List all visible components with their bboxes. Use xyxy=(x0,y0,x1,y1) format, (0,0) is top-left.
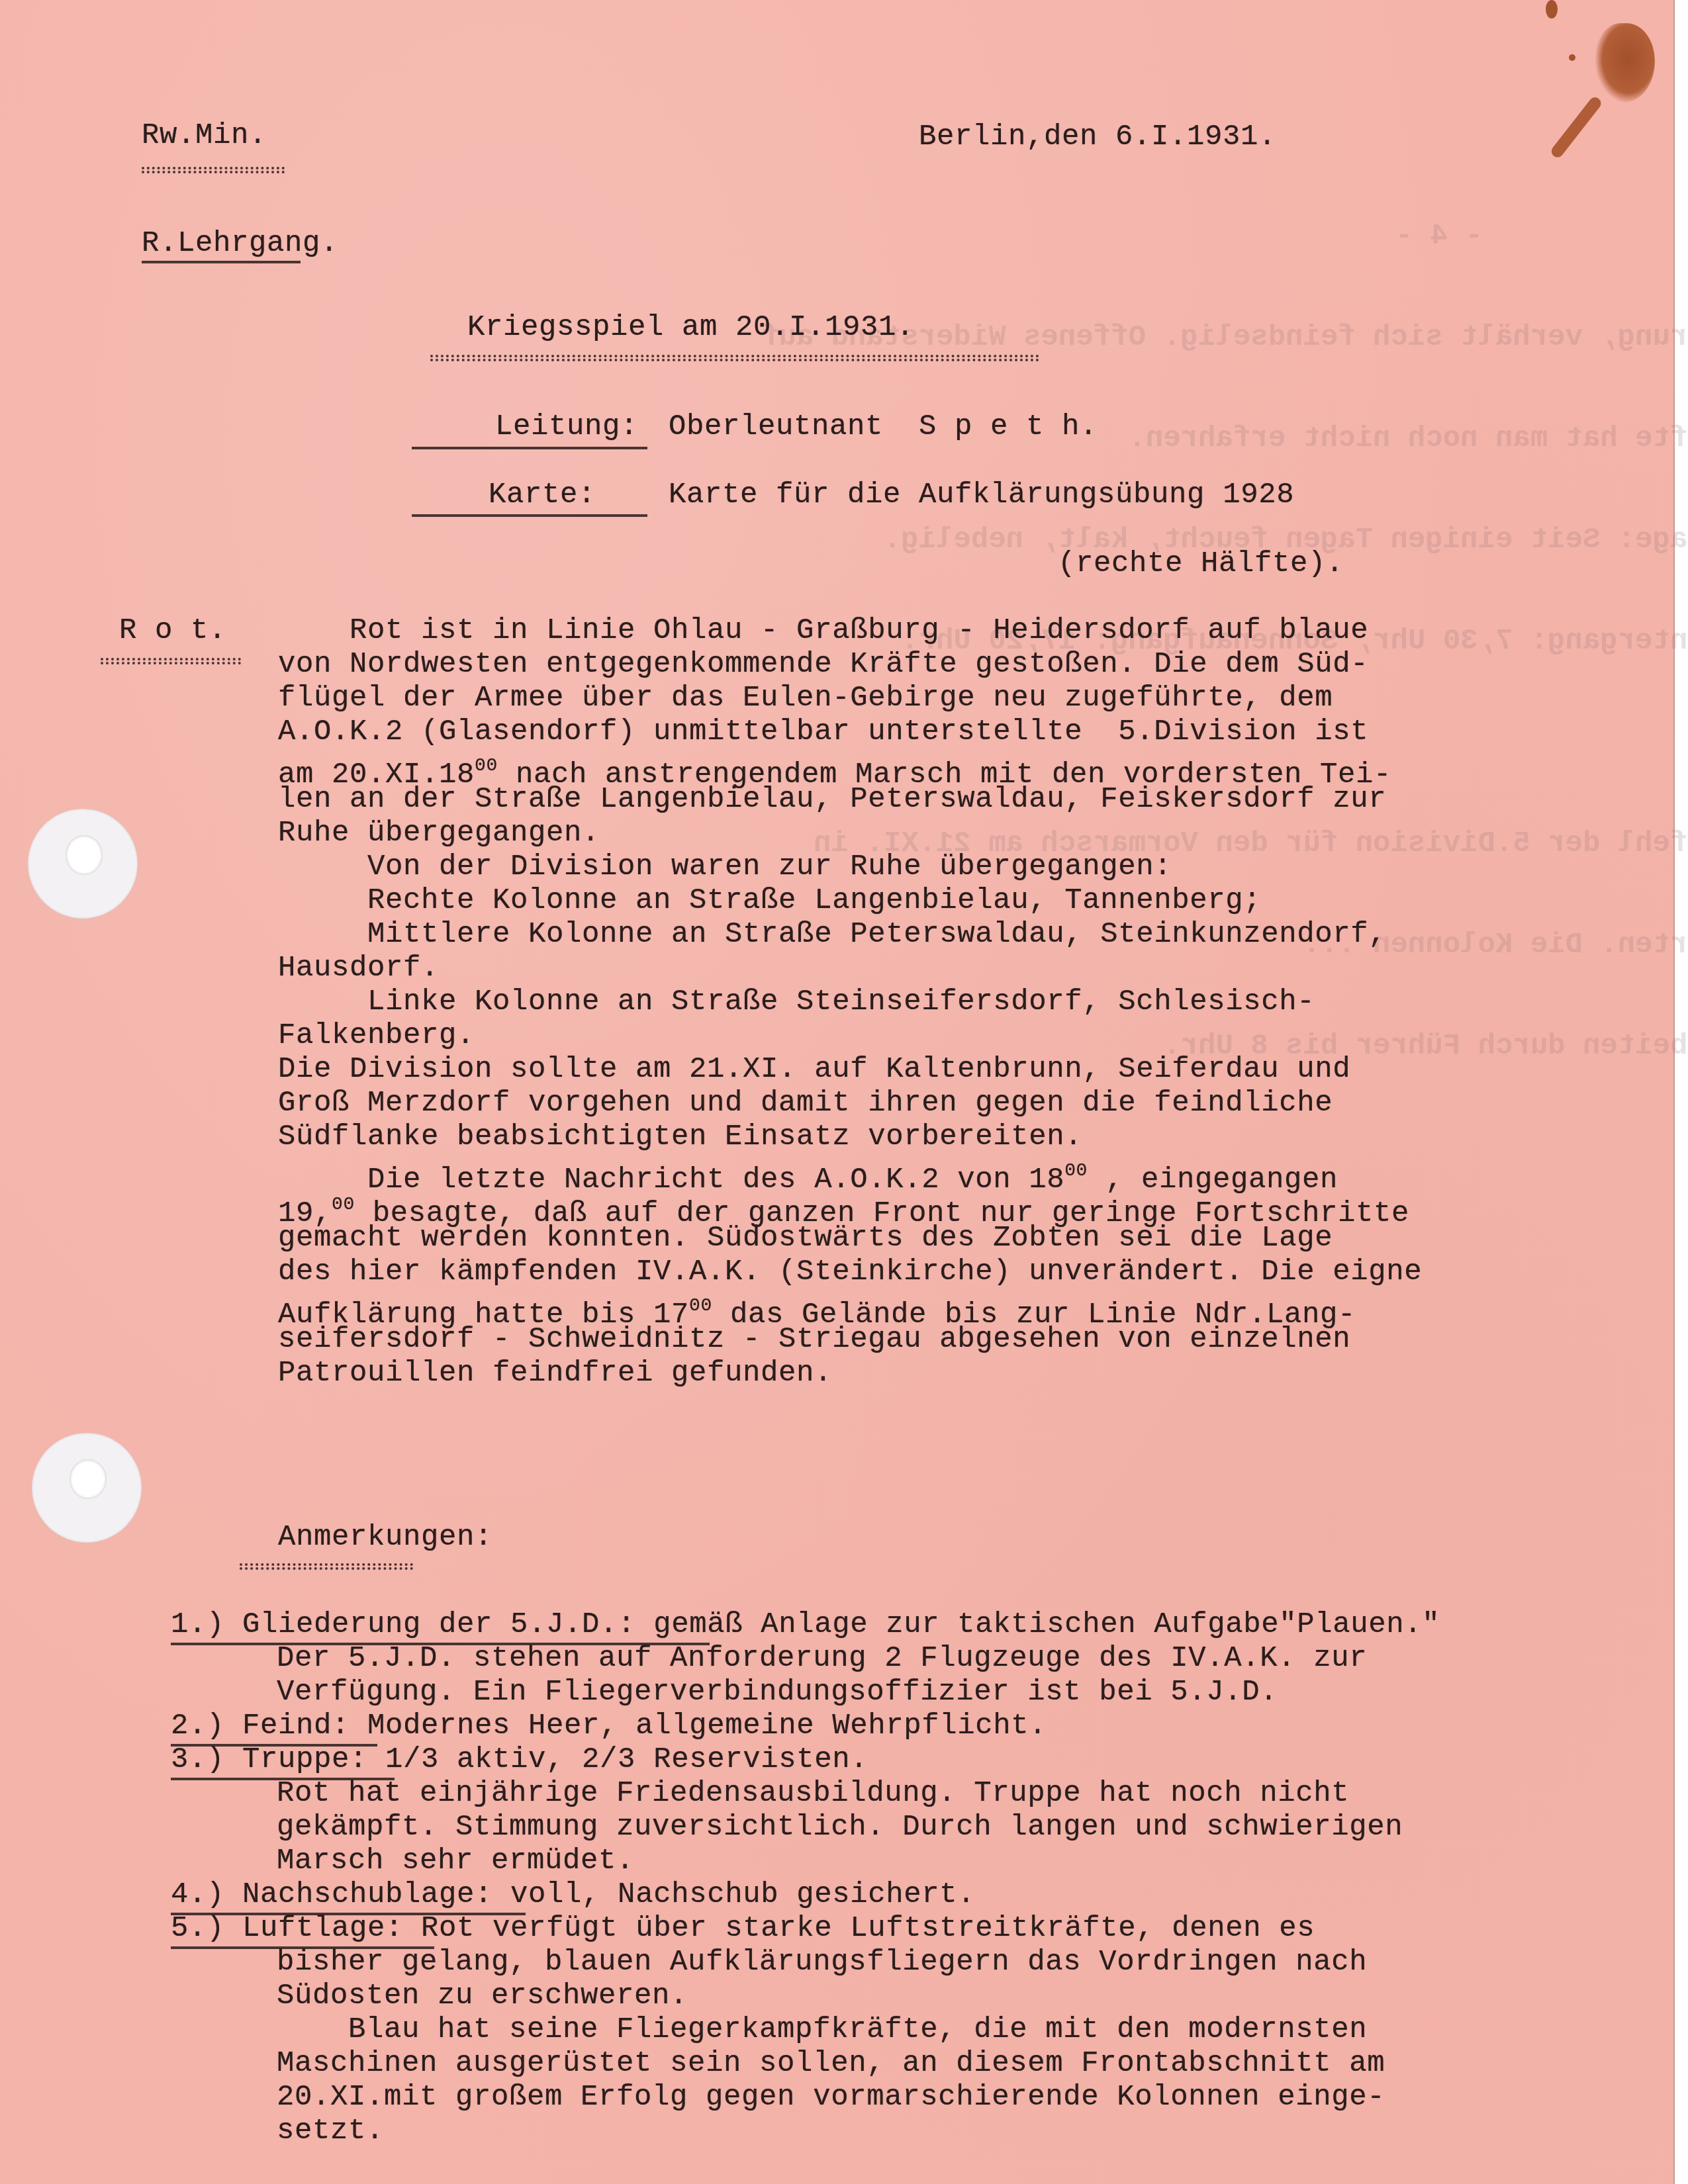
note-text: gemäß Anlage zur taktischen Aufgabe"Plau… xyxy=(635,1608,1440,1641)
leitung-underline xyxy=(412,447,647,449)
notes-heading: Anmerkungen: xyxy=(278,1521,492,1555)
body-line: len an der Straße Langenbielau, Peterswa… xyxy=(278,783,1386,817)
stain-spot xyxy=(1546,0,1558,19)
note-continuation: setzt. xyxy=(277,2115,384,2148)
body-line: seifersdorf - Schweidnitz - Striegau abg… xyxy=(278,1323,1350,1357)
note-label: Truppe: xyxy=(242,1743,367,1776)
punch-hole-top xyxy=(28,809,138,919)
course-label: R.Lehrgang. xyxy=(142,227,338,261)
note-label: Luftlage: xyxy=(242,1912,403,1945)
show-through-line: - 4 - xyxy=(761,220,1483,253)
body-line: Groß Merzdorf vorgehen und damit ihren g… xyxy=(278,1087,1333,1120)
note-text: Modernes Heer, allgemeine Wehrpflicht. xyxy=(350,1709,1047,1743)
note-item-2: 2.) Feind: Modernes Heer, allgemeine Weh… xyxy=(171,1709,1047,1743)
punch-hole-bottom xyxy=(32,1433,142,1543)
body-line: Ruhe übergegangen. xyxy=(278,817,600,850)
body-line: Rechte Kolonne an Straße Langenbielau, T… xyxy=(278,884,1261,918)
note-continuation: Der 5.J.D. stehen auf Anforderung 2 Flug… xyxy=(277,1642,1367,1676)
document-page: - 4 - 6.) Bevölkerung, verhält sich fein… xyxy=(0,0,1675,2184)
note-item-5: 5.) Luftlage: Rot verfügt über starke Lu… xyxy=(171,1912,1315,1946)
coffee-stain xyxy=(1595,23,1655,103)
place-date: Berlin,den 6.I.1931. xyxy=(919,120,1276,154)
note-label: Gliederung der 5.J.D.: xyxy=(242,1608,635,1641)
note-number: 4.) xyxy=(171,1878,224,1911)
note-item-3: 3.) Truppe: 1/3 aktiv, 2/3 Reservisten. xyxy=(171,1743,868,1777)
side-label-rot: R o t. xyxy=(119,614,226,648)
body-line: flügel der Armee über das Eulen-Gebirge … xyxy=(278,682,1333,715)
karte-value: Karte für die Aufklärungsübung 1928 xyxy=(669,478,1294,512)
note-continuation: 20.XI.mit großem Erfolg gegen vormarschi… xyxy=(277,2081,1385,2115)
body-line: des hier kämpfenden IV.A.K. (Steinkirche… xyxy=(278,1255,1422,1289)
note-number: 5.) xyxy=(171,1912,224,1945)
leitung-label: Leitung: xyxy=(495,410,638,444)
time-superscript: 00 xyxy=(689,1296,712,1316)
note-text: Rot verfügt über starke Luftstreitkräfte… xyxy=(403,1912,1315,1945)
side-label-double-underline xyxy=(101,658,241,664)
note-label: Feind: xyxy=(242,1709,350,1743)
title-double-underline xyxy=(430,355,1039,361)
note-continuation: Marsch sehr ermüdet. xyxy=(277,1844,634,1878)
note-continuation: bisher gelang, blauen Aufklärungsflieger… xyxy=(277,1946,1367,1979)
note-continuation: Maschinen ausgerüstet sein sollen, an di… xyxy=(277,2047,1385,2081)
time-superscript: 00 xyxy=(332,1195,355,1215)
note-number: 3.) xyxy=(171,1743,224,1776)
note-continuation: gekämpft. Stimmung zuversichtlich. Durch… xyxy=(277,1811,1403,1844)
course-underline xyxy=(142,261,301,263)
body-line: Hausdorf. xyxy=(278,952,439,985)
note-number: 1.) xyxy=(171,1608,224,1641)
karte-underline xyxy=(412,514,647,517)
leitung-value: Oberleutnant S p e t h. xyxy=(669,410,1098,444)
coffee-stain-drip xyxy=(1549,95,1603,159)
body-line: A.O.K.2 (Glasendorf) unmittelbar unterst… xyxy=(278,715,1368,749)
note-continuation: Rot hat einjährige Friedensausbildung. T… xyxy=(277,1777,1349,1811)
note-text: 1/3 aktiv, 2/3 Reservisten. xyxy=(367,1743,868,1776)
stain-spot xyxy=(1569,54,1575,61)
body-line: Von der Division waren zur Ruhe übergega… xyxy=(278,850,1172,884)
body-line: Mittlere Kolonne an Straße Peterswaldau,… xyxy=(278,918,1386,952)
note-text: voll, Nachschub gesichert. xyxy=(492,1878,975,1911)
body-line: Linke Kolonne an Straße Steinseifersdorf… xyxy=(278,985,1315,1019)
note-continuation: Verfügung. Ein Fliegerverbindungsoffizie… xyxy=(277,1676,1278,1709)
body-line: Südflanke beabsichtigten Einsatz vorbere… xyxy=(278,1120,1082,1154)
notes-heading-double-underline xyxy=(240,1563,413,1570)
time-superscript: 00 xyxy=(1064,1161,1088,1181)
body-line: Die Division sollte am 21.XI. auf Kalten… xyxy=(278,1053,1350,1087)
time-superscript: 00 xyxy=(475,756,498,776)
document-title: Kriegsspiel am 20.I.1931. xyxy=(467,311,914,345)
body-line: Rot ist in Linie Ohlau - Graßburg - Heid… xyxy=(278,614,1368,648)
karte-label: Karte: xyxy=(489,478,596,512)
note-number: 2.) xyxy=(171,1709,224,1743)
karte-value-continued: (rechte Hälfte). xyxy=(1058,547,1344,581)
note-continuation: Blau hat seine Fliegerkampfkräfte, die m… xyxy=(277,2013,1367,2047)
note-item-4: 4.) Nachschublage: voll, Nachschub gesic… xyxy=(171,1878,975,1912)
note-item-1: 1.) Gliederung der 5.J.D.: gemäß Anlage … xyxy=(171,1608,1440,1642)
body-line: Falkenberg. xyxy=(278,1019,475,1053)
note-label: Nachschublage: xyxy=(242,1878,492,1911)
body-line: Patrouillen feindfrei gefunden. xyxy=(278,1357,832,1390)
office-label: Rw.Min. xyxy=(142,119,267,153)
office-double-underline xyxy=(142,167,285,173)
note-continuation: Südosten zu erschweren. xyxy=(277,1979,688,2013)
body-line: von Nordwesten entgegenkommende Kräfte g… xyxy=(278,648,1368,682)
body-line: gemacht werden konnten. Südostwärts des … xyxy=(278,1222,1333,1255)
